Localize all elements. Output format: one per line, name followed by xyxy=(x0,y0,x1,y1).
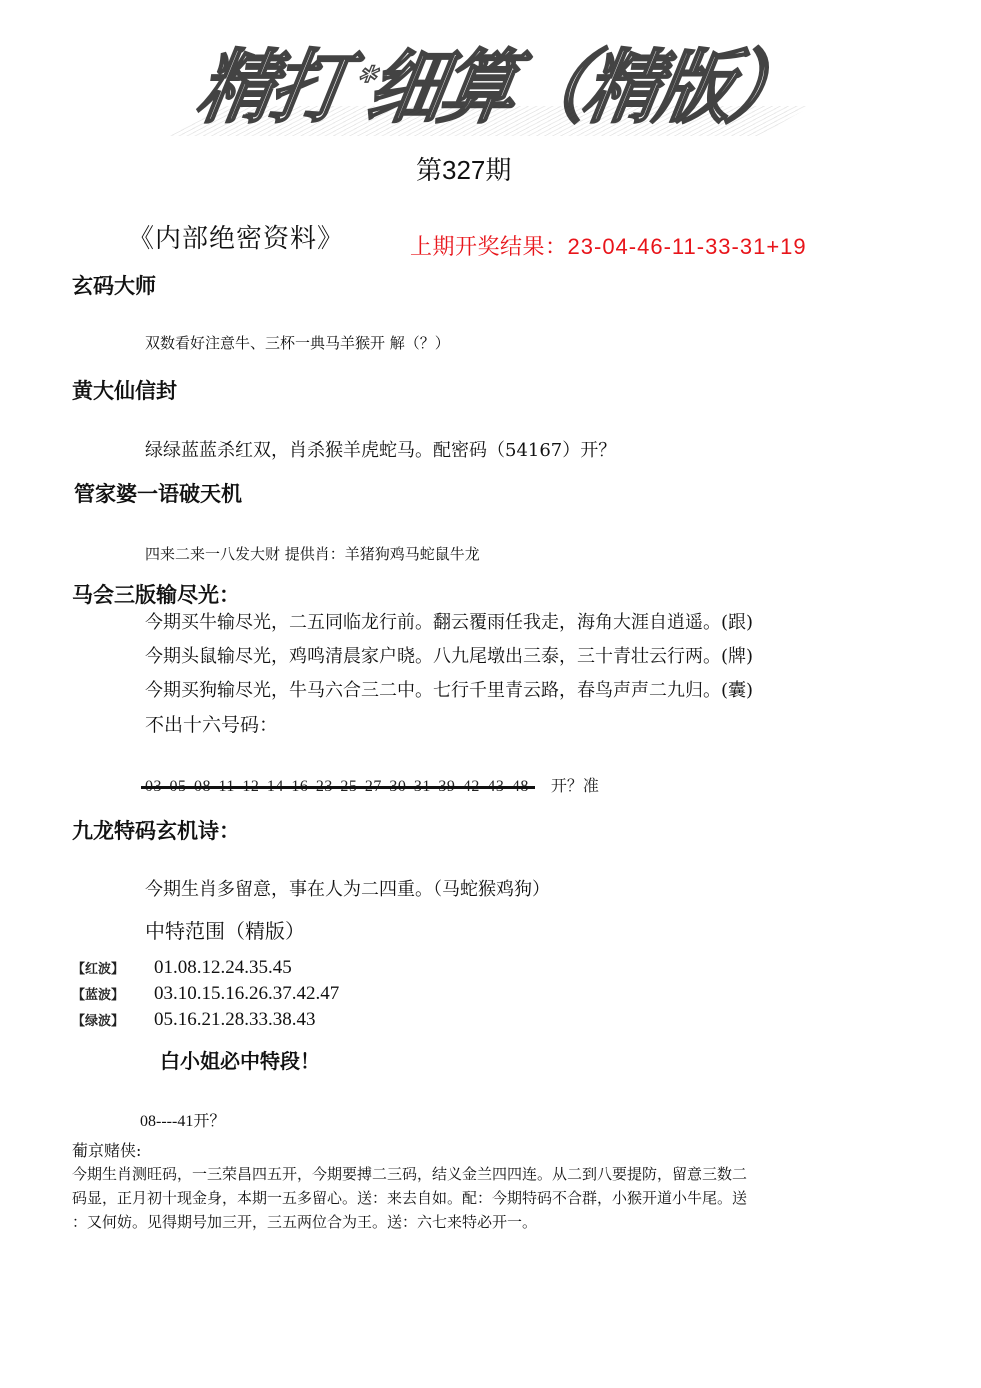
section-heading-mahui: 马会三版输尽光： xyxy=(72,579,240,609)
internal-label: 《内部绝密资料》 xyxy=(128,218,344,255)
wave-row-red: 【红波】01.08.12.24.35.45 xyxy=(72,957,292,979)
title-art-glyphs: 精 打 * 细 算 （ 精 版 ） xyxy=(185,23,832,138)
range-heading: 中特范围（精版） xyxy=(145,915,305,944)
section-heading-pujing: 葡京赌侠: xyxy=(72,1138,141,1161)
mahui-line: 今期买牛输尽光，二五同临龙行前。翻云覆雨任我走，海角大涯自逍遥。(跟) xyxy=(145,608,753,634)
jiulong-line: 今期生肖多留意，事在人为二四重。（马蛇猴鸡狗） xyxy=(145,875,550,901)
title-art: 精 打 * 细 算 （ 精 版 ） xyxy=(185,28,785,138)
section-heading-baixiaojie: 白小姐必中特段！ xyxy=(160,1045,320,1074)
last-result-numbers: 23-04-46-11-33-31+19 xyxy=(568,234,807,259)
guanjiapo-line: 四来二来一八发大财 提供肖：羊猪狗鸡马蛇鼠牛龙 xyxy=(145,543,480,564)
wave-row-green: 【绿波】05.16.21.28.33.38.43 xyxy=(72,1009,316,1031)
wave-tag: 【绿波】 xyxy=(72,1010,154,1029)
wave-tag: 【红波】 xyxy=(72,958,154,977)
baixiaojie-line: 08----41开？ xyxy=(140,1108,225,1131)
mahui-line: 今期买狗输尽光，牛马六合三二中。七行千里青云路，春鸟声声二九归。(囊) xyxy=(145,676,753,702)
pujing-line: 今期生肖测旺码，一三荣昌四五开，今期要搏二三码，结义金兰四四连。从二到八要提防，… xyxy=(72,1162,912,1186)
mahui-line: 今期头鼠输尽光，鸡鸣清晨家户晓。八九尾墩出三泰，三十青壮云行两。(牌) xyxy=(145,642,753,668)
excluded-tail: 开？准 xyxy=(551,778,599,795)
section-heading-guanjiapo: 管家婆一语破天机 xyxy=(74,478,242,508)
last-result: 上期开奖结果：23-04-46-11-33-31+19 xyxy=(410,230,807,261)
issue-number: 第327期 xyxy=(416,150,511,187)
wave-tag: 【蓝波】 xyxy=(72,984,154,1003)
excluded-numbers: 03 05 08 11 12 14 16 23 25 27 30 31 39 4… xyxy=(145,778,529,795)
pujing-paragraph: 今期生肖测旺码，一三荣昌四五开，今期要搏二三码，结义金兰四四连。从二到八要提防，… xyxy=(72,1162,912,1234)
section-heading-xuanma: 玄码大师 xyxy=(72,270,156,300)
exclude-heading: 不出十六号码： xyxy=(145,710,278,737)
excluded-numbers-row: 03 05 08 11 12 14 16 23 25 27 30 31 39 4… xyxy=(145,773,599,796)
xuanma-line: 双数看好注意牛、三杯一典马羊猴开 解（？） xyxy=(145,332,450,353)
huangdaxian-line: 绿绿蓝蓝杀红双，肖杀猴羊虎蛇马。配密码（54167）开？ xyxy=(145,436,616,462)
pujing-line: ：又何妨。见得期号加三开，三五两位合为王。送：六七来特必开一。 xyxy=(72,1210,912,1234)
wave-numbers: 05.16.21.28.33.38.43 xyxy=(154,1009,316,1030)
section-heading-huangdaxian: 黄大仙信封 xyxy=(72,375,177,405)
last-result-label: 上期开奖结果： xyxy=(410,234,568,259)
wave-numbers: 03.10.15.16.26.37.42.47 xyxy=(154,983,339,1004)
wave-numbers: 01.08.12.24.35.45 xyxy=(154,957,292,978)
section-heading-jiulong: 九龙特码玄机诗： xyxy=(72,815,240,845)
pujing-line: 码显，正月初十现金身，本期一五多留心。送：来去自如。配：今期特码不合群，小猴开道… xyxy=(72,1186,912,1210)
wave-row-blue: 【蓝波】03.10.15.16.26.37.42.47 xyxy=(72,983,339,1005)
